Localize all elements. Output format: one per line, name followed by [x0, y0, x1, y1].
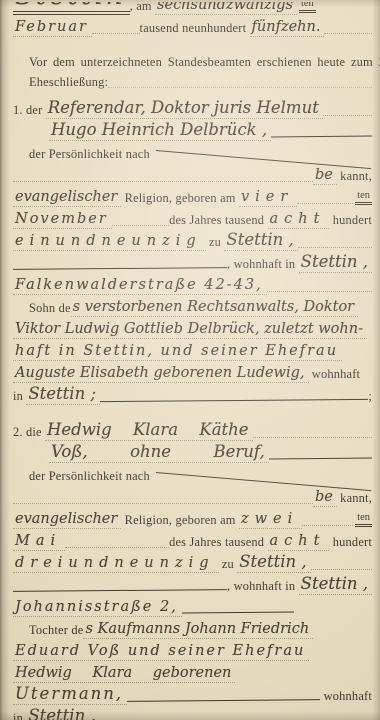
- handwritten-entry: haft in Stettin, und seiner Ehefrau: [13, 344, 342, 362]
- handwritten-entry: Hedwig Klara geborenen: [13, 666, 235, 684]
- form-line: Stettin, am sechsundzwanzigsten: [13, 2, 372, 15]
- handwritten-entry: einundneunzig: [13, 234, 206, 252]
- printed-form-text: wohnhaft: [309, 368, 361, 383]
- handwritten-entry: Falkenwalderstraße 42-43,: [13, 278, 267, 296]
- handwritten-entry: acht: [268, 212, 330, 230]
- printed-form-text: zu: [206, 236, 225, 251]
- dotted-blank-line: [324, 32, 372, 34]
- printed-form-text: hundert: [329, 214, 372, 229]
- handwritten-entry: Eduard Voß und seiner Ehefrau: [13, 644, 309, 662]
- printed-form-text: , wohnhaft in: [227, 258, 299, 273]
- form-line: , wohnhaft in Stettin ,: [13, 251, 372, 273]
- printed-form-text: kannt,: [337, 170, 372, 185]
- form-line: Februartausend neunhundert fünfzehn.: [13, 15, 372, 37]
- dotted-blank-line: [302, 524, 353, 526]
- form-line: Eduard Voß und seiner Ehefrau: [13, 639, 372, 661]
- handwritten-entry: fünfzehn.: [250, 20, 325, 38]
- handwritten-entry: Utermann,: [13, 686, 127, 706]
- dotted-blank-line: [65, 546, 169, 548]
- handwritten-entry: s Kaufmanns Johann Friedrich: [83, 622, 313, 640]
- form-line: Falkenwalderstraße 42-43,: [13, 273, 372, 295]
- handwritten-entry: Stettin ,: [237, 554, 310, 574]
- handwritten-entry: Referendar, Doktor juris Helmut: [46, 100, 323, 120]
- handwritten-entry: Stettin ,: [299, 576, 372, 596]
- registry-document-page: Stettin, am sechsundzwanzigstenFebruarta…: [0, 0, 380, 720]
- printed-form-text: wohnhaft: [320, 690, 372, 705]
- printed-form-text: kannt,: [337, 492, 372, 507]
- form-line: Hedwig Klara geborenen: [13, 661, 372, 683]
- dotted-blank-line: [253, 436, 372, 438]
- form-line: in Stettin ,: [13, 705, 372, 720]
- form-line: in Stettin ;;: [13, 383, 372, 405]
- handwritten-entry: Februar: [13, 20, 92, 38]
- dotted-blank-line: [323, 114, 372, 116]
- form-line: der Persönlichkeit nach: [13, 141, 372, 163]
- printed-form-text: Religion, geboren am: [121, 192, 239, 207]
- dotted-blank-line: [298, 246, 372, 248]
- printed-form-text: der Persönlichkeit nach: [29, 148, 150, 163]
- handwritten-entry: s verstorbenen Rechtsanwalts, Doktor: [71, 300, 358, 318]
- handwritten-entry: evangelischer: [13, 190, 121, 208]
- form-line: Vor dem unterzeichneten Standesbeamten e…: [13, 51, 372, 71]
- form-line: Viktor Ludwig Gottlieb Delbrück, zuletzt…: [13, 317, 372, 339]
- printed-form-text: , am: [130, 2, 155, 15]
- printed-form-text: Tochter de: [29, 624, 83, 639]
- form-line: Sohn des verstorbenen Rechtsanwalts, Dok…: [13, 295, 372, 317]
- dotted-blank-line: [267, 290, 372, 292]
- form-line: Maides Jahres tausend acht hundert: [13, 529, 372, 551]
- form-line: haft in Stettin, und seiner Ehefrau: [13, 339, 372, 361]
- form-line: einundneunzig zu Stettin ,: [13, 229, 372, 251]
- printed-ordinal-suffix: ten: [355, 190, 372, 205]
- handwritten-entry: Stettin: [13, 2, 130, 15]
- printed-form-text: in: [13, 390, 26, 405]
- dotted-blank-line: [13, 502, 313, 504]
- form-lines: Stettin, am sechsundzwanzigstenFebruarta…: [13, 2, 372, 720]
- printed-form-text: 2. die: [13, 426, 45, 441]
- form-line: Eheschließung:: [13, 71, 372, 91]
- handwritten-entry: Auguste Elisabeth geborenen Ludewig,: [13, 366, 309, 384]
- form-line: Auguste Elisabeth geborenen Ludewig, woh…: [13, 361, 372, 383]
- handwritten-entry: dreiundneunzig: [13, 556, 219, 574]
- handwritten-entry: Hugo Heinrich Delbrück ,: [49, 122, 271, 142]
- handwritten-entry: acht: [268, 534, 330, 552]
- form-line: Tochter des Kaufmanns Johann Friedrich: [13, 617, 372, 639]
- form-line: 2. die Hedwig Klara Käthe: [13, 419, 372, 441]
- dotted-blank-line: [112, 224, 169, 226]
- form-line: dreiundneunzig zu Stettin ,: [13, 551, 372, 573]
- handwritten-entry: vier: [239, 190, 297, 208]
- handwritten-entry: Johannisstraße 2,: [13, 600, 182, 618]
- form-line: Utermann, wohnhaft: [13, 683, 372, 705]
- printed-ordinal-suffix: ten: [299, 2, 316, 13]
- form-line: evangelischer Religion, geboren am zweit…: [13, 507, 372, 529]
- pen-filled-line: [127, 698, 320, 702]
- printed-form-text: tausend neunhundert: [140, 22, 250, 37]
- pen-filled-line: [271, 135, 372, 138]
- form-line: Johannisstraße 2,: [13, 595, 372, 617]
- form-line: der Persönlichkeit nach: [13, 463, 372, 485]
- dotted-blank-line: [13, 180, 313, 182]
- printed-form-text: ;: [368, 390, 372, 405]
- form-line: be kannt,: [13, 163, 372, 185]
- form-line: Hugo Heinrich Delbrück ,: [13, 119, 372, 141]
- printed-form-text: 1. der: [13, 104, 46, 119]
- dotted-blank-line: [297, 202, 353, 204]
- printed-form-text: Vor dem unterzeichneten Standesbeamten e…: [29, 56, 380, 71]
- printed-form-text: Sohn de: [29, 302, 71, 317]
- handwritten-entry: zwei: [239, 512, 302, 530]
- handwritten-entry: Stettin ,: [224, 232, 297, 252]
- handwritten-entry: Mai: [13, 534, 65, 552]
- dotted-blank-line: [92, 32, 140, 34]
- pen-filled-line: [13, 588, 227, 592]
- handwritten-entry: Stettin ,: [26, 708, 99, 720]
- pen-filled-line: [100, 398, 368, 402]
- handwritten-entry: Stettin ,: [299, 254, 372, 274]
- dotted-blank-line: [311, 568, 372, 570]
- form-line: evangelischer Religion, geboren am viert…: [13, 185, 372, 207]
- printed-form-text: des Jahres tausend: [169, 214, 267, 229]
- form-line: 1. der Referendar, Doktor juris Helmut: [13, 97, 372, 119]
- printed-form-text: Religion, geboren am: [121, 514, 239, 529]
- printed-form-text: zu: [219, 558, 238, 573]
- form-line: Voß, ohne Beruf,: [13, 441, 372, 463]
- handwritten-entry: be: [313, 490, 337, 508]
- printed-form-text: der Persönlichkeit nach: [29, 470, 150, 485]
- handwritten-entry: sechsundzwanzigs: [155, 2, 297, 15]
- handwritten-entry: Voß, ohne Beruf,: [49, 444, 269, 464]
- handwritten-entry: evangelischer: [13, 512, 121, 530]
- printed-form-text: Eheschließung:: [29, 76, 108, 91]
- handwritten-entry: Hedwig Klara Käthe: [45, 422, 253, 442]
- printed-form-text: in: [13, 712, 26, 720]
- pen-filled-line: [182, 611, 294, 614]
- form-line: , wohnhaft in Stettin ,: [13, 573, 372, 595]
- handwritten-entry: be: [313, 168, 337, 186]
- handwritten-entry: Viktor Ludwig Gottlieb Delbrück, zuletzt…: [13, 322, 367, 340]
- dotted-blank-line: [108, 86, 372, 88]
- printed-ordinal-suffix: ten: [355, 512, 372, 527]
- form-line: Novemberdes Jahres tausend acht hundert: [13, 207, 372, 229]
- handwritten-entry: November: [13, 212, 112, 230]
- printed-form-text: hundert: [329, 536, 372, 551]
- printed-form-text: des Jahres tausend: [169, 536, 267, 551]
- handwritten-entry: Stettin ;: [26, 386, 100, 406]
- form-line: be kannt,: [13, 485, 372, 507]
- printed-form-text: , wohnhaft in: [227, 580, 299, 595]
- pen-filled-line: [269, 457, 372, 460]
- pen-filled-line: [13, 266, 227, 270]
